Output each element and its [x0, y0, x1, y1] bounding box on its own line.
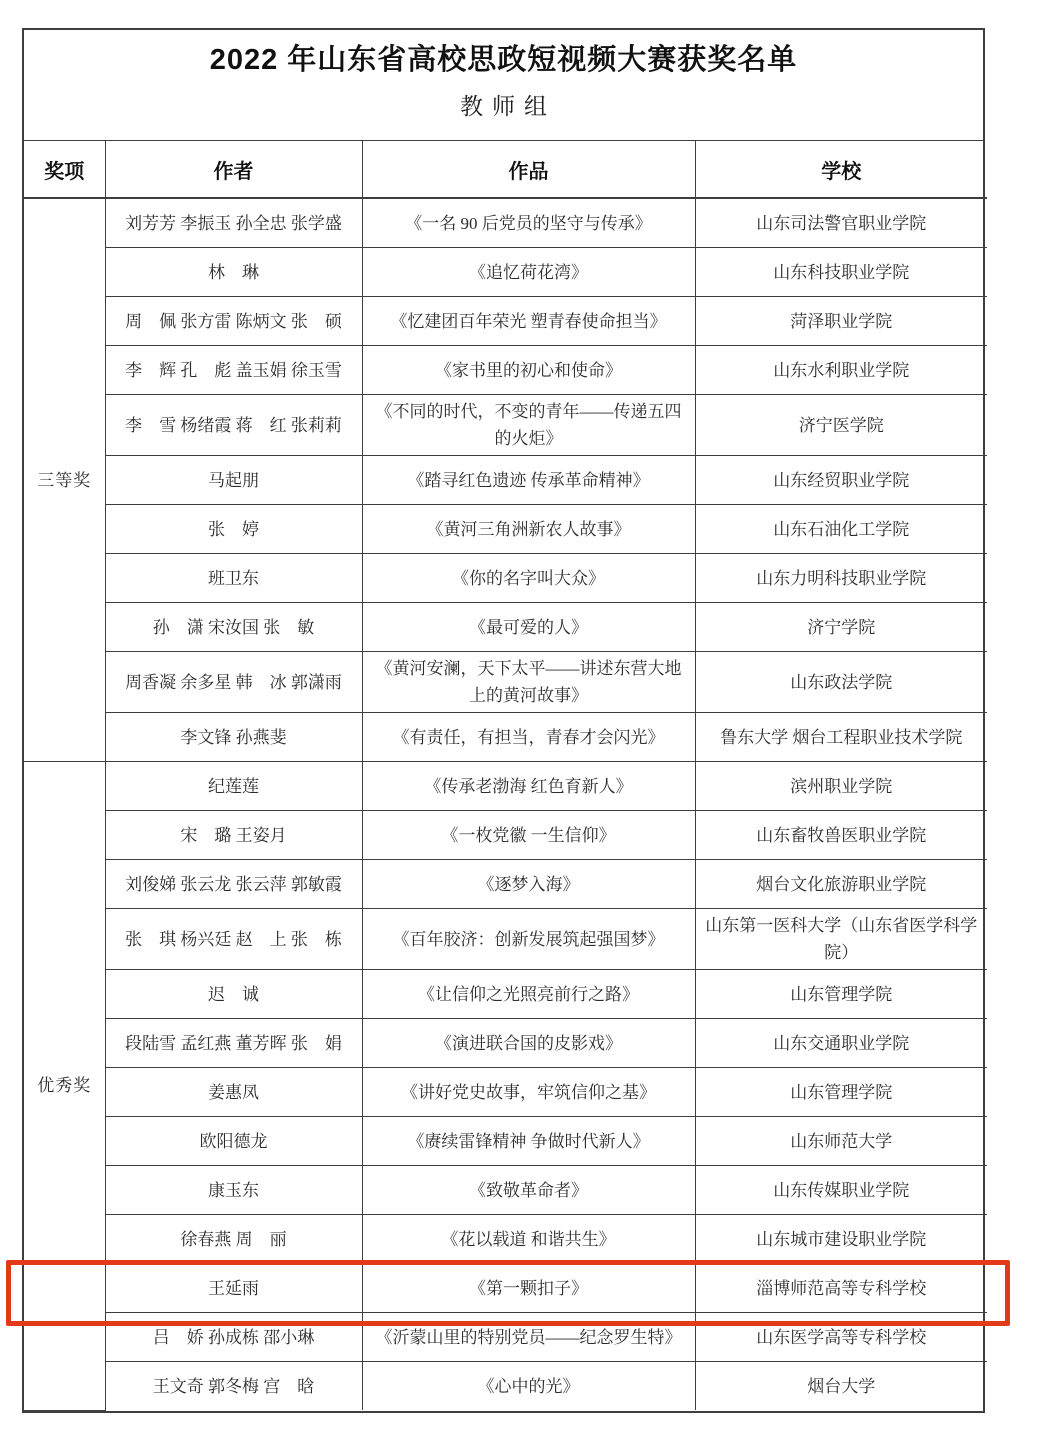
- school-cell: 济宁医学院: [695, 395, 987, 456]
- authors-cell: 周香凝 余多星 韩 冰 郭潇雨: [105, 652, 362, 713]
- table-row: 孙 潇 宋汝国 张 敏 《最可爱的人》 济宁学院: [24, 603, 987, 652]
- document-page: 2022 年山东省高校思政短视频大赛获奖名单 教师组 奖项 作者 作品 学校 三…: [0, 0, 1044, 1454]
- school-cell: 山东政法学院: [695, 652, 987, 713]
- table-row: 周 佩 张方雷 陈炳文 张 硕 《忆建团百年荣光 塑青春使命担当》 菏泽职业学院: [24, 297, 987, 346]
- school-cell: 淄博师范高等专科学校: [695, 1264, 987, 1313]
- work-cell: 《最可爱的人》: [362, 603, 695, 652]
- table-row: 吕 娇 孙成栋 邵小琳 《沂蒙山里的特别党员——纪念罗生特》 山东医学高等专科学…: [24, 1313, 987, 1362]
- authors-cell: 康玉东: [105, 1166, 362, 1215]
- work-cell: 《一枚党徽 一生信仰》: [362, 811, 695, 860]
- work-cell: 《让信仰之光照亮前行之路》: [362, 970, 695, 1019]
- table-row: 马起朋 《踏寻红色遗迹 传承革命精神》 山东经贸职业学院: [24, 456, 987, 505]
- work-cell: 《百年胶济：创新发展筑起强国梦》: [362, 909, 695, 970]
- authors-cell: 张 琪 杨兴廷 赵 上 张 栋: [105, 909, 362, 970]
- work-cell: 《传承老渤海 红色育新人》: [362, 762, 695, 811]
- table-row: 张 婷 《黄河三角洲新农人故事》 山东石油化工学院: [24, 505, 987, 554]
- award-group-cell: 三等奖: [24, 198, 105, 762]
- header-authors: 作者: [105, 141, 362, 198]
- work-cell: 《黄河安澜，天下太平——讲述东营大地上的黄河故事》: [362, 652, 695, 713]
- school-cell: 山东交通职业学院: [695, 1019, 987, 1068]
- table-row: 三等奖 刘芳芳 李振玉 孙全忠 张学盛 《一名 90 后党员的坚守与传承》 山东…: [24, 198, 987, 248]
- work-cell: 《演进联合国的皮影戏》: [362, 1019, 695, 1068]
- school-cell: 山东管理学院: [695, 1068, 987, 1117]
- table-row: 优秀奖 纪莲莲 《传承老渤海 红色育新人》 滨州职业学院: [24, 762, 987, 811]
- authors-cell: 迟 诚: [105, 970, 362, 1019]
- school-cell: 山东司法警官职业学院: [695, 198, 987, 248]
- table-row: 周香凝 余多星 韩 冰 郭潇雨 《黄河安澜，天下太平——讲述东营大地上的黄河故事…: [24, 652, 987, 713]
- authors-cell: 李文锋 孙燕斐: [105, 713, 362, 762]
- work-cell: 《你的名字叫大众》: [362, 554, 695, 603]
- work-cell: 《踏寻红色遗迹 传承革命精神》: [362, 456, 695, 505]
- header-row: 奖项 作者 作品 学校: [24, 141, 987, 198]
- authors-cell: 宋 璐 王姿月: [105, 811, 362, 860]
- work-cell: 《讲好党史故事，牢筑信仰之基》: [362, 1068, 695, 1117]
- school-cell: 山东第一医科大学（山东省医学科学院）: [695, 909, 987, 970]
- school-cell: 滨州职业学院: [695, 762, 987, 811]
- table-row: 李 辉 孔 彪 盖玉娟 徐玉雪 《家书里的初心和使命》 山东水利职业学院: [24, 346, 987, 395]
- authors-cell: 刘芳芳 李振玉 孙全忠 张学盛: [105, 198, 362, 248]
- table-row: 宋 璐 王姿月 《一枚党徽 一生信仰》 山东畜牧兽医职业学院: [24, 811, 987, 860]
- school-cell: 山东水利职业学院: [695, 346, 987, 395]
- table-row: 王文奇 郭冬梅 宫 晗 《心中的光》 烟台大学: [24, 1362, 987, 1411]
- work-cell: 《逐梦入海》: [362, 860, 695, 909]
- table-row: 刘俊娣 张云龙 张云萍 郭敏霞 《逐梦入海》 烟台文化旅游职业学院: [24, 860, 987, 909]
- school-cell: 山东城市建设职业学院: [695, 1215, 987, 1264]
- work-cell: 《赓续雷锋精神 争做时代新人》: [362, 1117, 695, 1166]
- school-cell: 山东医学高等专科学校: [695, 1313, 987, 1362]
- work-cell: 《致敬革命者》: [362, 1166, 695, 1215]
- table-row: 欧阳德龙 《赓续雷锋精神 争做时代新人》 山东师范大学: [24, 1117, 987, 1166]
- table-row: 迟 诚 《让信仰之光照亮前行之路》 山东管理学院: [24, 970, 987, 1019]
- work-cell: 《有责任，有担当，青春才会闪光》: [362, 713, 695, 762]
- work-cell: 《沂蒙山里的特别党员——纪念罗生特》: [362, 1313, 695, 1362]
- school-cell: 菏泽职业学院: [695, 297, 987, 346]
- school-cell: 济宁学院: [695, 603, 987, 652]
- award-list-document: 2022 年山东省高校思政短视频大赛获奖名单 教师组 奖项 作者 作品 学校 三…: [22, 28, 985, 1413]
- table-row: 李 雪 杨绪霞 蒋 红 张莉莉 《不同的时代，不变的青年——传递五四的火炬》 济…: [24, 395, 987, 456]
- authors-cell: 纪莲莲: [105, 762, 362, 811]
- work-cell: 《第一颗扣子》: [362, 1264, 695, 1313]
- authors-cell: 周 佩 张方雷 陈炳文 张 硕: [105, 297, 362, 346]
- school-cell: 烟台文化旅游职业学院: [695, 860, 987, 909]
- table-row: 林 琳 《追忆荷花湾》 山东科技职业学院: [24, 248, 987, 297]
- authors-cell: 吕 娇 孙成栋 邵小琳: [105, 1313, 362, 1362]
- awards-table: 奖项 作者 作品 学校 三等奖 刘芳芳 李振玉 孙全忠 张学盛 《一名 90 后…: [24, 141, 987, 1411]
- table-row: 班卫东 《你的名字叫大众》 山东力明科技职业学院: [24, 554, 987, 603]
- document-subtitle: 教师组: [451, 92, 556, 122]
- table-row: 姜惠凤 《讲好党史故事，牢筑信仰之基》 山东管理学院: [24, 1068, 987, 1117]
- work-cell: 《不同的时代，不变的青年——传递五四的火炬》: [362, 395, 695, 456]
- table-row: 王延雨 《第一颗扣子》 淄博师范高等专科学校: [24, 1264, 987, 1313]
- header-award: 奖项: [24, 141, 105, 198]
- school-cell: 山东管理学院: [695, 970, 987, 1019]
- table-row: 徐春燕 周 丽 《花以载道 和谐共生》 山东城市建设职业学院: [24, 1215, 987, 1264]
- table-row: 段陆雪 孟红燕 董芳晖 张 娟 《演进联合国的皮影戏》 山东交通职业学院: [24, 1019, 987, 1068]
- header-school: 学校: [695, 141, 987, 198]
- authors-cell: 姜惠凤: [105, 1068, 362, 1117]
- school-cell: 山东师范大学: [695, 1117, 987, 1166]
- authors-cell: 马起朋: [105, 456, 362, 505]
- school-cell: 山东力明科技职业学院: [695, 554, 987, 603]
- authors-cell: 班卫东: [105, 554, 362, 603]
- work-cell: 《一名 90 后党员的坚守与传承》: [362, 198, 695, 248]
- school-cell: 山东科技职业学院: [695, 248, 987, 297]
- title-block: 2022 年山东省高校思政短视频大赛获奖名单 教师组: [24, 30, 983, 141]
- school-cell: 烟台大学: [695, 1362, 987, 1411]
- authors-cell: 李 雪 杨绪霞 蒋 红 张莉莉: [105, 395, 362, 456]
- authors-cell: 欧阳德龙: [105, 1117, 362, 1166]
- table-row: 康玉东 《致敬革命者》 山东传媒职业学院: [24, 1166, 987, 1215]
- authors-cell: 张 婷: [105, 505, 362, 554]
- authors-cell: 李 辉 孔 彪 盖玉娟 徐玉雪: [105, 346, 362, 395]
- award-group-cell: 优秀奖: [24, 762, 105, 1411]
- work-cell: 《心中的光》: [362, 1362, 695, 1411]
- authors-cell: 王文奇 郭冬梅 宫 晗: [105, 1362, 362, 1411]
- school-cell: 山东畜牧兽医职业学院: [695, 811, 987, 860]
- header-work: 作品: [362, 141, 695, 198]
- authors-cell: 段陆雪 孟红燕 董芳晖 张 娟: [105, 1019, 362, 1068]
- work-cell: 《花以载道 和谐共生》: [362, 1215, 695, 1264]
- school-cell: 山东石油化工学院: [695, 505, 987, 554]
- school-cell: 山东传媒职业学院: [695, 1166, 987, 1215]
- table-row: 李文锋 孙燕斐 《有责任，有担当，青春才会闪光》 鲁东大学 烟台工程职业技术学院: [24, 713, 987, 762]
- work-cell: 《黄河三角洲新农人故事》: [362, 505, 695, 554]
- work-cell: 《追忆荷花湾》: [362, 248, 695, 297]
- authors-cell: 林 琳: [105, 248, 362, 297]
- authors-cell: 孙 潇 宋汝国 张 敏: [105, 603, 362, 652]
- authors-cell: 王延雨: [105, 1264, 362, 1313]
- school-cell: 鲁东大学 烟台工程职业技术学院: [695, 713, 987, 762]
- work-cell: 《忆建团百年荣光 塑青春使命担当》: [362, 297, 695, 346]
- table-row: 张 琪 杨兴廷 赵 上 张 栋 《百年胶济：创新发展筑起强国梦》 山东第一医科大…: [24, 909, 987, 970]
- work-cell: 《家书里的初心和使命》: [362, 346, 695, 395]
- school-cell: 山东经贸职业学院: [695, 456, 987, 505]
- authors-cell: 徐春燕 周 丽: [105, 1215, 362, 1264]
- authors-cell: 刘俊娣 张云龙 张云萍 郭敏霞: [105, 860, 362, 909]
- document-title: 2022 年山东省高校思政短视频大赛获奖名单: [210, 43, 798, 77]
